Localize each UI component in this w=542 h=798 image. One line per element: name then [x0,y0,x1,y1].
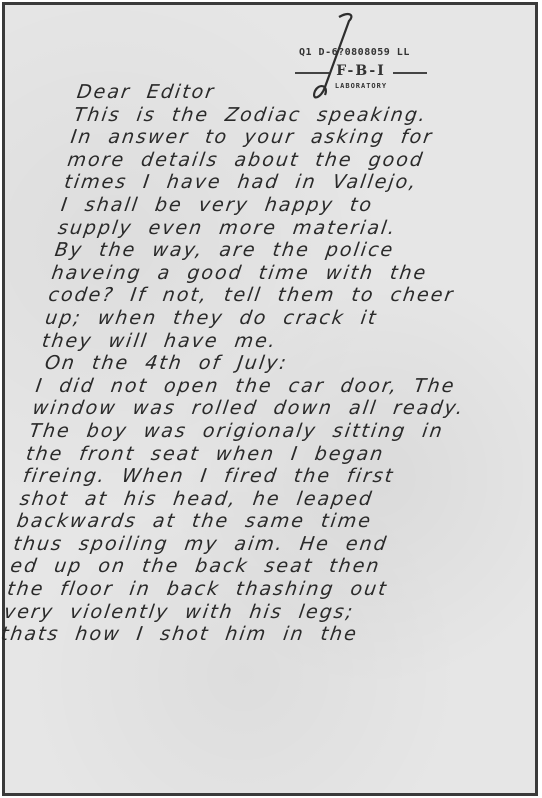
letter-line: haveing a good time with the [50,262,533,285]
letter-line: they will have me. [41,330,524,353]
letter-line: up; when they do crack it [44,307,527,330]
letter-line: This is the Zodiac speaking. [72,104,542,127]
letter-line: code? If not, tell them to cheer [47,284,530,307]
letter-page: Q1 D-6?0808059 LL F-B-I LABORATORY Dear … [2,2,538,796]
letter-line: very violently with his legs; [2,601,485,624]
letter-line: times I have had in Vallejo, [63,171,542,194]
letter-line: more details about the good [66,149,542,172]
letter-line: window was rolled down all ready. [31,397,514,420]
fbi-seal: F-B-I [291,63,431,79]
letter-line: shot at his head, he leaped [18,488,501,511]
letter-line: fireing. When I fired the first [22,465,505,488]
letter-line: ed up on the back seat then [9,555,492,578]
letter-line: supply even more material. [56,217,539,240]
letter-line: the floor in back thashing out [6,578,489,601]
letter-line: Dear Editor [76,81,542,104]
letter-line: thus spoiling my aim. He end [12,533,495,556]
letter-line: thats how I shot him in the [0,623,482,646]
specimen-id: Q1 D-6?0808059 LL [299,47,410,58]
letter-line: On the 4th of July: [37,352,520,375]
letter-line: I shall be very happy to [60,194,542,217]
letter-line: I did not open the car door, The [34,375,517,398]
letter-body: Dear Editor This is the Zodiac speaking.… [0,81,542,646]
letter-line: backwards at the same time [15,510,498,533]
letter-line: By the way, are the police [53,239,536,262]
letter-line: In answer to your asking for [69,126,542,149]
letter-line: The boy was origionaly sitting in [28,420,511,443]
letter-line: the front seat when I began [25,443,508,466]
